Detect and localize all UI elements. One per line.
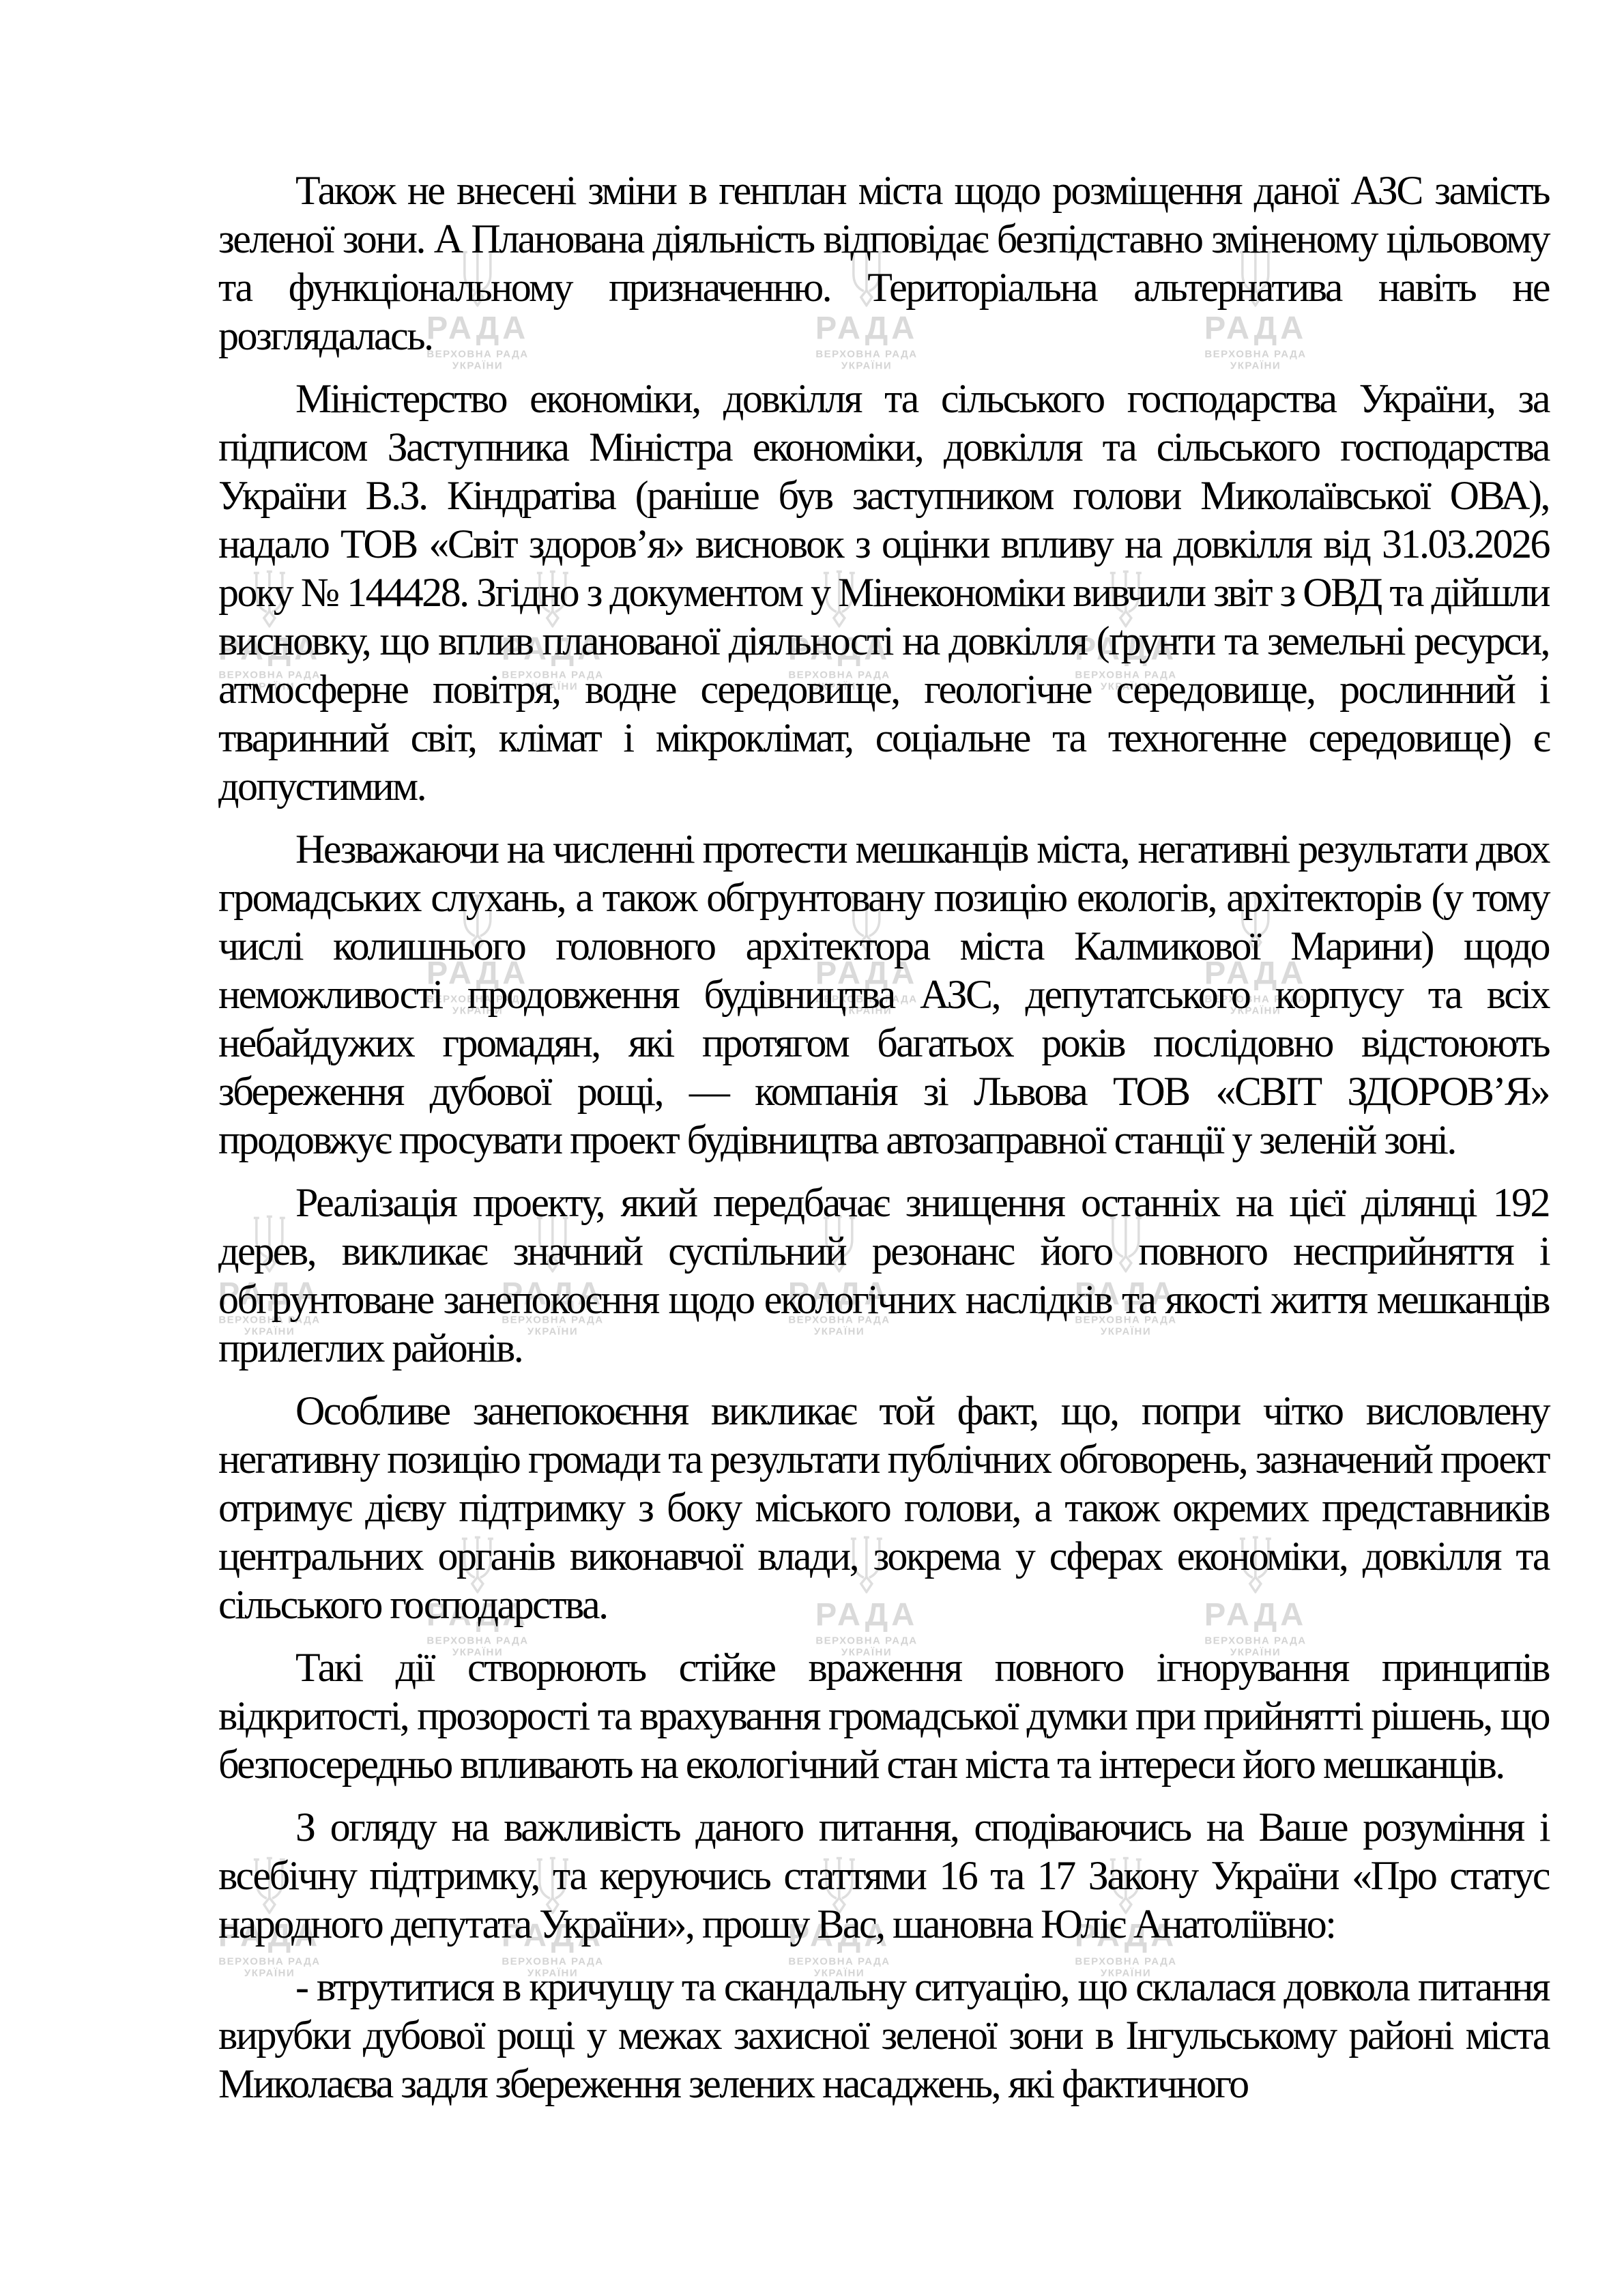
letter-body: Також не внесені зміни в генплан міста щ…	[218, 167, 1549, 2123]
paragraph-1: Також не внесені зміни в генплан міста щ…	[218, 167, 1549, 360]
document-page: РАДАВЕРХОВНА РАДАУКРАЇНИРАДАВЕРХОВНА РАД…	[0, 0, 1624, 2296]
paragraph-4: Реалізація проекту, який передбачає знищ…	[218, 1179, 1549, 1373]
paragraph-8: - втрутитися в кричущу та скандальну сит…	[218, 1963, 1549, 2108]
paragraph-2: Міністерство економіки, довкілля та сіль…	[218, 375, 1549, 811]
paragraph-6: Такі дії створюють стійке враження повно…	[218, 1644, 1549, 1789]
paragraph-3: Незважаючи на численні протести мешканці…	[218, 825, 1549, 1164]
paragraph-7: З огляду на важливість даного питання, с…	[218, 1803, 1549, 1949]
paragraph-5: Особливе занепокоєння викликає той факт,…	[218, 1387, 1549, 1629]
